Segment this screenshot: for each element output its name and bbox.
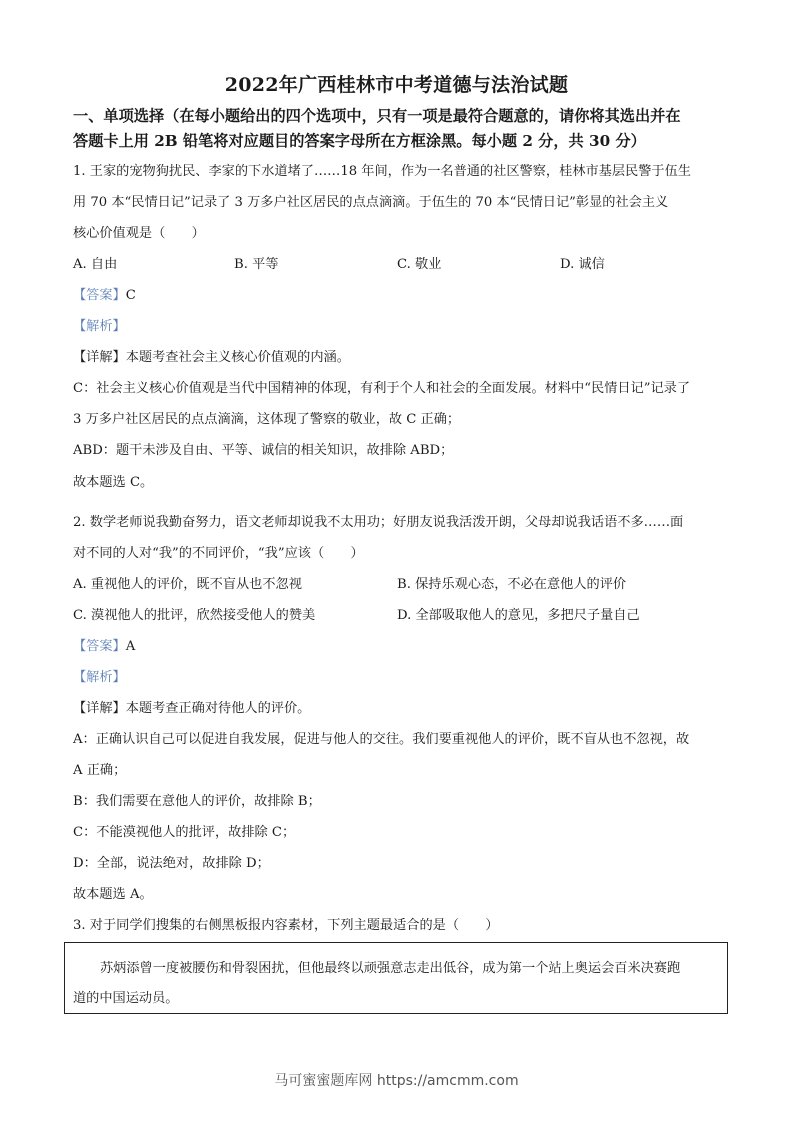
detail-label: 【详解】 <box>73 350 126 365</box>
q1-option-c: C. 敬业 <box>397 256 441 274</box>
q2-explanation-line: 故本题选 A。 <box>73 886 153 904</box>
q2-detail: 【详解】本题考查正确对待他人的评价。 <box>73 700 310 718</box>
answer-value: A <box>126 639 136 654</box>
q1-analysis-label: 【解析】 <box>73 318 126 336</box>
q1-detail: 【详解】本题考查社会主义核心价值观的内涵。 <box>73 349 350 367</box>
answer-value: C <box>126 288 136 303</box>
detail-intro: 本题考查社会主义核心价值观的内涵。 <box>126 350 350 365</box>
material-line: 苏炳添曾一度被腰伤和骨裂困扰，但他最终以顽强意志走出低谷，成为第一个站上奥运会百… <box>100 957 680 976</box>
material-box: 苏炳添曾一度被腰伤和骨裂困扰，但他最终以顽强意志走出低谷，成为第一个站上奥运会百… <box>64 942 728 1014</box>
q1-explanation-line: ABD：题干未涉及自由、平等、诚信的相关知识，故排除 ABD； <box>73 442 453 460</box>
q2-option-a: A. 重视他人的评价，既不盲从也不忽视 <box>73 576 302 594</box>
q1-option-d: D. 诚信 <box>560 256 605 274</box>
q2-answer: 【答案】A <box>73 638 135 656</box>
q2-option-c: C. 漠视他人的批评，欣然接受他人的赞美 <box>73 607 315 625</box>
q1-stem-line: 核心价值观是（ ） <box>73 225 205 243</box>
q2-explanation-line: A：正确认识自己可以促进自我发展，促进与他人的交往。我们要重视他人的评价，既不盲… <box>73 731 689 749</box>
q2-explanation-line: B：我们需要在意他人的评价，故排除 B； <box>73 793 321 811</box>
q2-explanation-line: A 正确； <box>73 762 126 780</box>
q1-explanation-line: C：社会主义核心价值观是当代中国精神的体现，有利于个人和社会的全面发展。材料中“… <box>73 380 690 398</box>
footer-watermark: 马可蜜蜜题库网 https://amcmm.com <box>0 1070 793 1090</box>
q2-stem-line: 对不同的人对“我”的不同评价，“我”应该（ ） <box>73 545 364 563</box>
exam-page: 2022年广西桂林市中考道德与法治试题 一、单项选择（在每小题给出的四个选项中，… <box>0 0 793 1122</box>
answer-label: 【答案】 <box>73 639 126 654</box>
detail-label: 【详解】 <box>73 701 126 716</box>
analysis-label: 【解析】 <box>73 319 126 334</box>
q1-explanation-line: 3 万多户社区居民的点点滴滴，这体现了警察的敬业，故 C 正确； <box>73 411 460 429</box>
q1-explanation-line: 故本题选 C。 <box>73 474 153 492</box>
q2-explanation-line: C：不能漠视他人的批评，故排除 C； <box>73 824 295 842</box>
q2-option-d: D. 全部吸取他人的意见，多把尺子量自己 <box>397 607 640 625</box>
q1-option-b: B. 平等 <box>234 256 278 274</box>
q2-explanation-line: D：全部，说法绝对，故排除 D； <box>73 855 270 873</box>
section-heading-line: 一、单项选择（在每小题给出的四个选项中，只有一项是最符合题意的，请你将其选出并在 <box>73 104 728 129</box>
q2-option-b: B. 保持乐观心态，不必在意他人的评价 <box>397 576 626 594</box>
q2-stem-line: 2. 数学老师说我勤奋努力，语文老师却说我不太用功；好朋友说我活泼开朗，父母却说… <box>73 514 683 532</box>
q1-answer: 【答案】C <box>73 287 136 305</box>
section-heading: 一、单项选择（在每小题给出的四个选项中，只有一项是最符合题意的，请你将其选出并在… <box>73 104 728 154</box>
section-heading-line: 答题卡上用 2B 铅笔将对应题目的答案字母所在方框涂黑。每小题 2 分，共 30… <box>73 129 728 154</box>
page-title: 2022年广西桂林市中考道德与法治试题 <box>0 70 793 97</box>
q1-stem-line: 1. 王家的宠物狗扰民、李家的下水道堵了……18 年间，作为一名普通的社区警察，… <box>73 163 691 181</box>
q3-stem-line: 3. 对于同学们搜集的右侧黑板报内容素材，下列主题最适合的是（ ） <box>73 917 499 935</box>
q1-stem-line: 用 70 本“民情日记”记录了 3 万多户社区居民的点点滴滴。于伍生的 70 本… <box>73 194 668 212</box>
analysis-label: 【解析】 <box>73 670 126 685</box>
q1-option-a: A. 自由 <box>73 256 117 274</box>
q2-analysis-label: 【解析】 <box>73 669 126 687</box>
material-line: 道的中国运动员。 <box>73 987 179 1006</box>
detail-intro: 本题考查正确对待他人的评价。 <box>126 701 311 716</box>
answer-label: 【答案】 <box>73 288 126 303</box>
